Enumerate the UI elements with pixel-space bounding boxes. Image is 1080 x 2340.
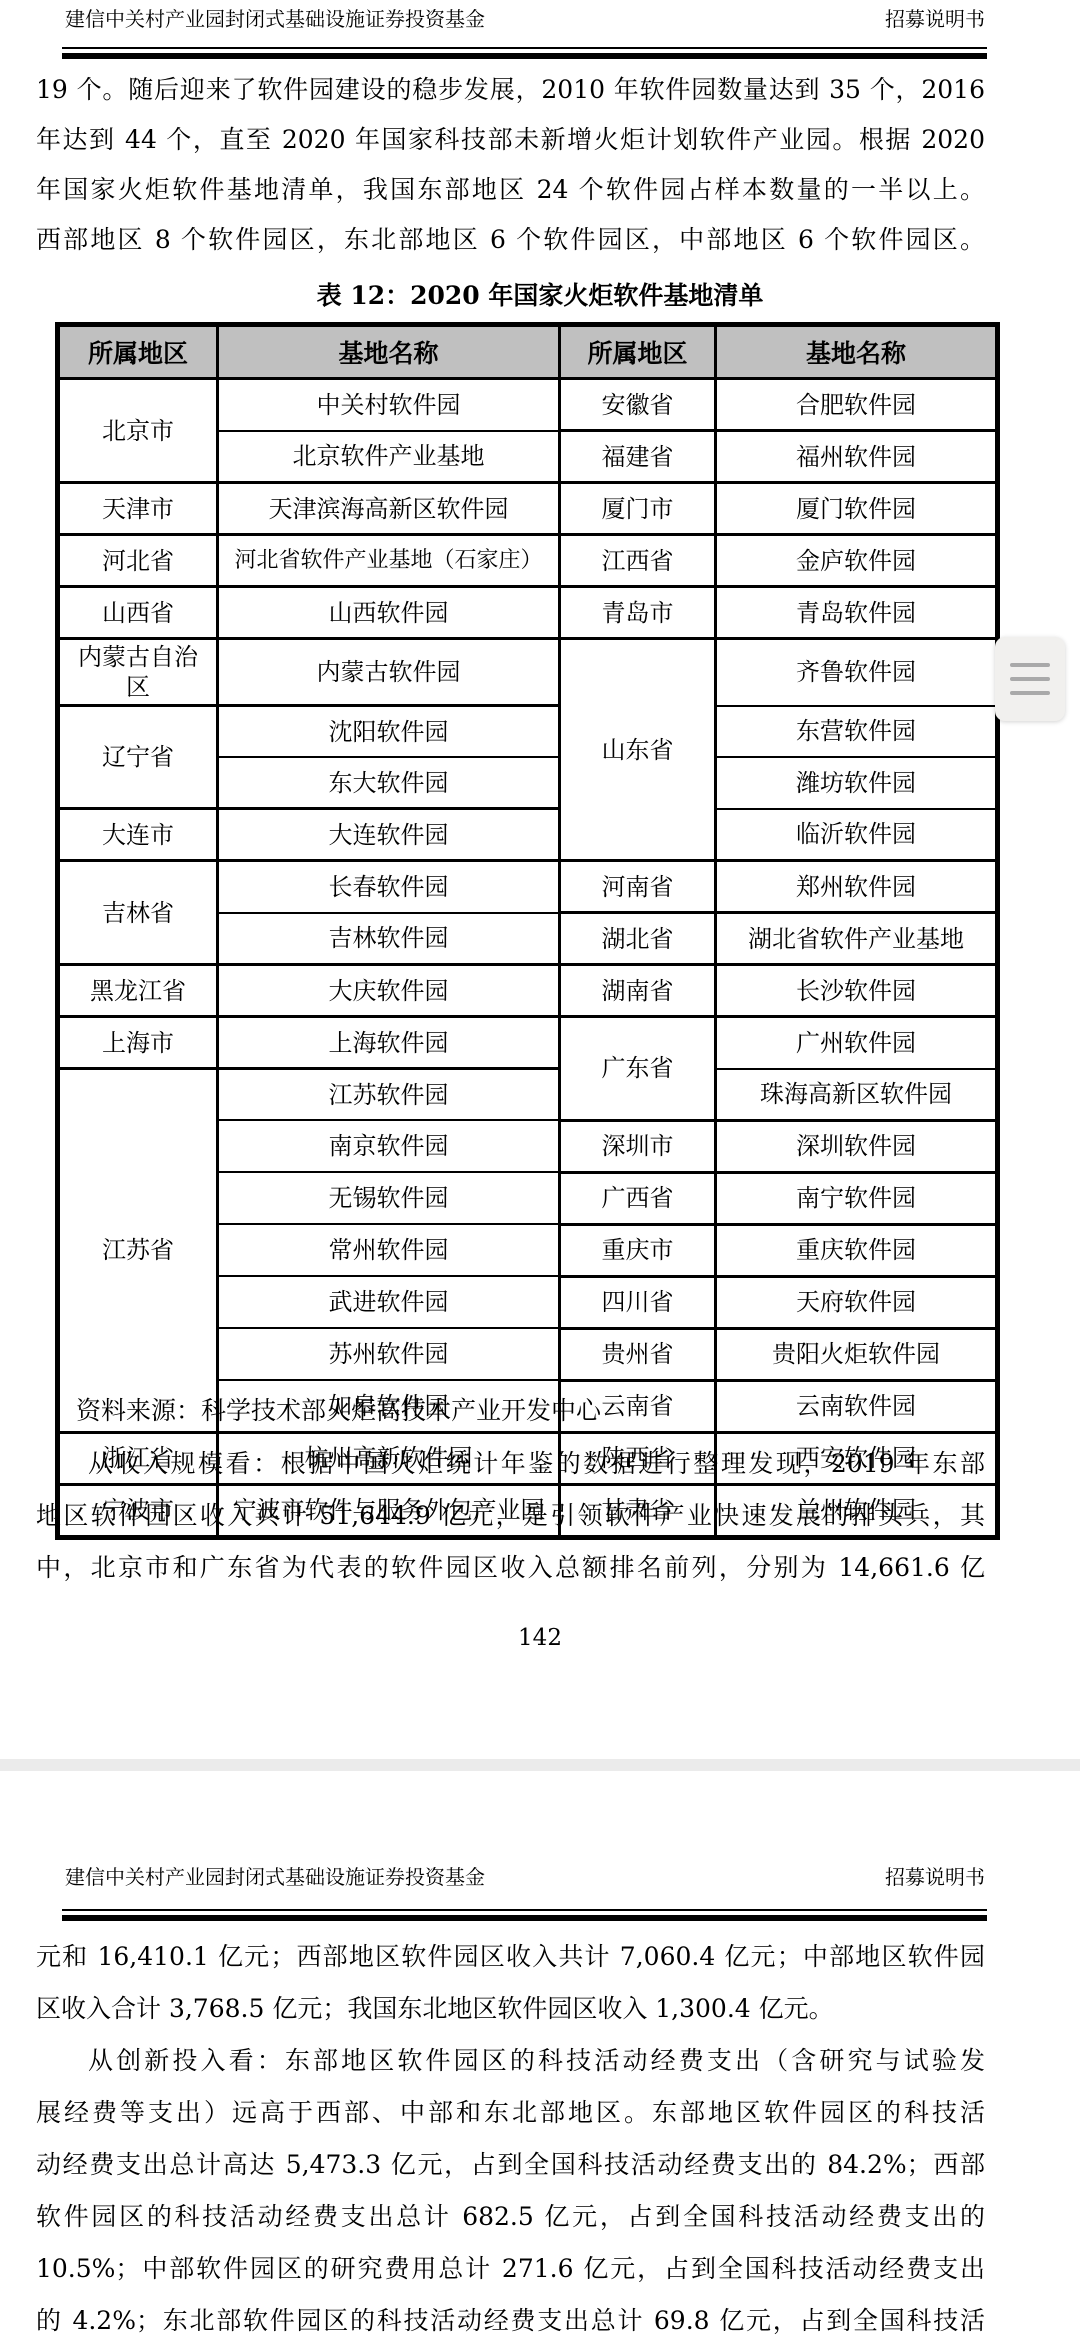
base-name-cell: 厦门软件园 [716,483,998,535]
region-cell: 湖北省 [560,913,716,965]
page-header-fund-name: 建信中关村产业园封闭式基础设施证券投资基金 [65,6,485,32]
base-name-cell: 常州软件园 [218,1224,560,1276]
page-number: 142 [0,1624,1080,1652]
table-row: 上海市上海软件园广东省广州软件园 [58,1017,998,1069]
text-line: 展经费等支出）远高于西部、中部和东北部地区。东部地区软件园区的科技活 [36,2087,985,2139]
column-header: 所属地区 [560,325,716,379]
header-rule-thin [62,1909,987,1911]
base-name-cell: 齐鲁软件园 [716,639,998,706]
region-cell: 辽宁省 [58,706,218,809]
text-line: 从收入规模看：根据中国火炬统计年鉴的数据进行整理发现，2019 年东部 [36,1438,985,1490]
header-rule-thick [62,53,987,59]
base-name-cell: 贵阳火炬软件园 [716,1328,998,1380]
table-row: 北京市中关村软件园安徽省合肥软件园 [58,379,998,431]
base-name-cell: 长沙软件园 [716,965,998,1017]
text-line: 中，北京市和广东省为代表的软件园区收入总额排名前列，分别为 14,661.6 亿 [36,1542,985,1594]
text-line: 西部地区 8 个软件园区，东北部地区 6 个软件园区，中部地区 6 个软件园区。 [36,215,985,265]
region-cell: 深圳市 [560,1120,716,1172]
base-name-cell: 深圳软件园 [716,1120,998,1172]
base-name-cell: 南宁软件园 [716,1172,998,1224]
text-line: 从创新投入看：东部地区软件园区的科技活动经费支出（含研究与试验发 [36,2035,985,2087]
region-cell: 黑龙江省 [58,965,218,1017]
base-name-cell: 大庆软件园 [218,965,560,1017]
base-name-cell: 云南软件园 [716,1380,998,1432]
base-name-cell: 潍坊软件园 [716,757,998,809]
base-name-cell: 广州软件园 [716,1017,998,1069]
base-name-cell: 南京软件园 [218,1120,560,1172]
base-name-cell: 山西软件园 [218,587,560,639]
column-header: 所属地区 [58,325,218,379]
document-viewer: 建信中关村产业园封闭式基础设施证券投资基金 招募说明书 19 个。随后迎来了软件… [0,0,1080,2340]
header-rule-thin [62,47,987,49]
page-separator [0,1759,1080,1771]
drag-handle-icon [1010,677,1050,681]
text-line: 地区软件园区收入共计 51,644.9 亿元，是引领软件产业快速发展的排头兵，其 [36,1490,985,1542]
base-name-cell: 天津滨海高新区软件园 [218,483,560,535]
text-line: 区收入合计 3,768.5 亿元；我国东北地区软件园区收入 1,300.4 亿元… [36,1983,985,2035]
base-name-cell: 重庆软件园 [716,1224,998,1276]
region-cell: 上海市 [58,1017,218,1069]
base-name-cell: 苏州软件园 [218,1328,560,1380]
region-cell: 北京市 [58,379,218,483]
base-name-cell: 北京软件产业基地 [218,431,560,483]
table-row: 吉林省长春软件园河南省郑州软件园 [58,861,998,913]
base-name-cell: 青岛软件园 [716,587,998,639]
region-cell: 天津市 [58,483,218,535]
region-cell: 山东省 [560,639,716,861]
column-header: 基地名称 [218,325,560,379]
text-line: 元和 16,410.1 亿元；西部地区软件园区收入共计 7,060.4 亿元；中… [36,1931,985,1983]
region-cell: 广东省 [560,1017,716,1121]
base-name-cell: 上海软件园 [218,1017,560,1069]
region-cell: 重庆市 [560,1224,716,1276]
base-name-cell: 合肥软件园 [716,379,998,431]
table-row: 大连市大连软件园临沂软件园 [58,809,998,861]
region-cell: 河南省 [560,861,716,913]
base-name-cell: 大连软件园 [218,809,560,861]
region-cell: 福建省 [560,431,716,483]
table-row: 天津市天津滨海高新区软件园厦门市厦门软件园 [58,483,998,535]
text-line: 软件园区的科技活动经费支出总计 682.5 亿元，占到全国科技活动经费支出的 [36,2191,985,2243]
text-line: 10.5%；中部软件园区的研究费用总计 271.6 亿元，占到全国科技活动经费支… [36,2243,985,2295]
paragraph-revenue-scale: 从收入规模看：根据中国火炬统计年鉴的数据进行整理发现，2019 年东部地区软件园… [36,1438,985,1594]
region-cell: 大连市 [58,809,218,861]
base-name-cell: 江苏软件园 [218,1069,560,1121]
text-line: 年国家火炬软件基地清单，我国东部地区 24 个软件园占样本数量的一半以上。 [36,165,985,215]
base-name-cell: 湖北省软件产业基地 [716,913,998,965]
base-name-cell: 东大软件园 [218,757,560,809]
source-note: 资料来源：科学技术部火炬高技术产业开发中心 [76,1396,601,1426]
text-line: 年达到 44 个，直至 2020 年国家科技部未新增火炬计划软件产业园。根据 2… [36,115,985,165]
region-cell: 吉林省 [58,861,218,965]
base-name-cell: 天府软件园 [716,1276,998,1328]
base-name-cell: 郑州软件园 [716,861,998,913]
base-name-cell: 临沂软件园 [716,809,998,861]
region-cell: 内蒙古自治区 [58,639,218,706]
column-header: 基地名称 [716,325,998,379]
base-name-cell: 武进软件园 [218,1276,560,1328]
region-cell: 安徽省 [560,379,716,431]
region-cell: 山西省 [58,587,218,639]
base-name-cell: 金庐软件园 [716,535,998,587]
region-cell: 江西省 [560,535,716,587]
table-row: 辽宁省沈阳软件园东营软件园 [58,706,998,758]
base-name-cell: 河北省软件产业基地（石家庄） [218,535,560,587]
table-title: 表 12：2020 年国家火炬软件基地清单 [0,281,1080,311]
text-line: 动经费支出总计高达 5,473.3 亿元，占到全国科技活动经费支出的 84.2%… [36,2139,985,2191]
base-name-cell: 中关村软件园 [218,379,560,431]
text-line: 的 4.2%；东北部软件园区的科技活动经费支出总计 69.8 亿元，占到全国科技… [36,2295,985,2340]
paragraph-software-park-count: 19 个。随后迎来了软件园建设的稳步发展，2010 年软件园数量达到 35 个，… [36,65,985,265]
base-name-cell: 无锡软件园 [218,1172,560,1224]
region-cell: 贵州省 [560,1328,716,1380]
region-cell: 四川省 [560,1276,716,1328]
base-name-cell: 吉林软件园 [218,913,560,965]
table-row: 河北省河北省软件产业基地（石家庄）江西省金庐软件园 [58,535,998,587]
base-name-cell: 珠海高新区软件园 [716,1069,998,1121]
table-header-row: 所属地区基地名称所属地区基地名称 [58,325,998,379]
base-name-cell: 福州软件园 [716,431,998,483]
table-row: 山西省山西软件园青岛市青岛软件园 [58,587,998,639]
page-header-fund-name: 建信中关村产业园封闭式基础设施证券投资基金 [65,1864,485,1890]
region-cell: 青岛市 [560,587,716,639]
base-name-cell: 沈阳软件园 [218,706,560,758]
table-row: 内蒙古自治区内蒙古软件园山东省齐鲁软件园 [58,639,998,706]
drag-handle-icon [1010,691,1050,695]
page-header-doc-type: 招募说明书 [885,6,985,32]
region-cell: 湖南省 [560,965,716,1017]
scroll-handle[interactable] [995,637,1065,721]
table-row: 黑龙江省大庆软件园湖南省长沙软件园 [58,965,998,1017]
table-row: 江苏省江苏软件园珠海高新区软件园 [58,1069,998,1121]
base-name-cell: 东营软件园 [716,706,998,758]
text-line: 19 个。随后迎来了软件园建设的稳步发展，2010 年软件园数量达到 35 个，… [36,65,985,115]
header-rule-thick [62,1915,987,1921]
region-cell: 广西省 [560,1172,716,1224]
drag-handle-icon [1010,663,1050,667]
page-header-doc-type: 招募说明书 [885,1864,985,1890]
base-name-cell: 内蒙古软件园 [218,639,560,706]
base-name-cell: 长春软件园 [218,861,560,913]
region-cell: 江苏省 [58,1069,218,1433]
paragraph-innovation-investment: 元和 16,410.1 亿元；西部地区软件园区收入共计 7,060.4 亿元；中… [36,1931,985,2340]
region-cell: 河北省 [58,535,218,587]
software-base-table: 所属地区基地名称所属地区基地名称北京市中关村软件园安徽省合肥软件园北京软件产业基… [55,322,1000,1540]
region-cell: 厦门市 [560,483,716,535]
